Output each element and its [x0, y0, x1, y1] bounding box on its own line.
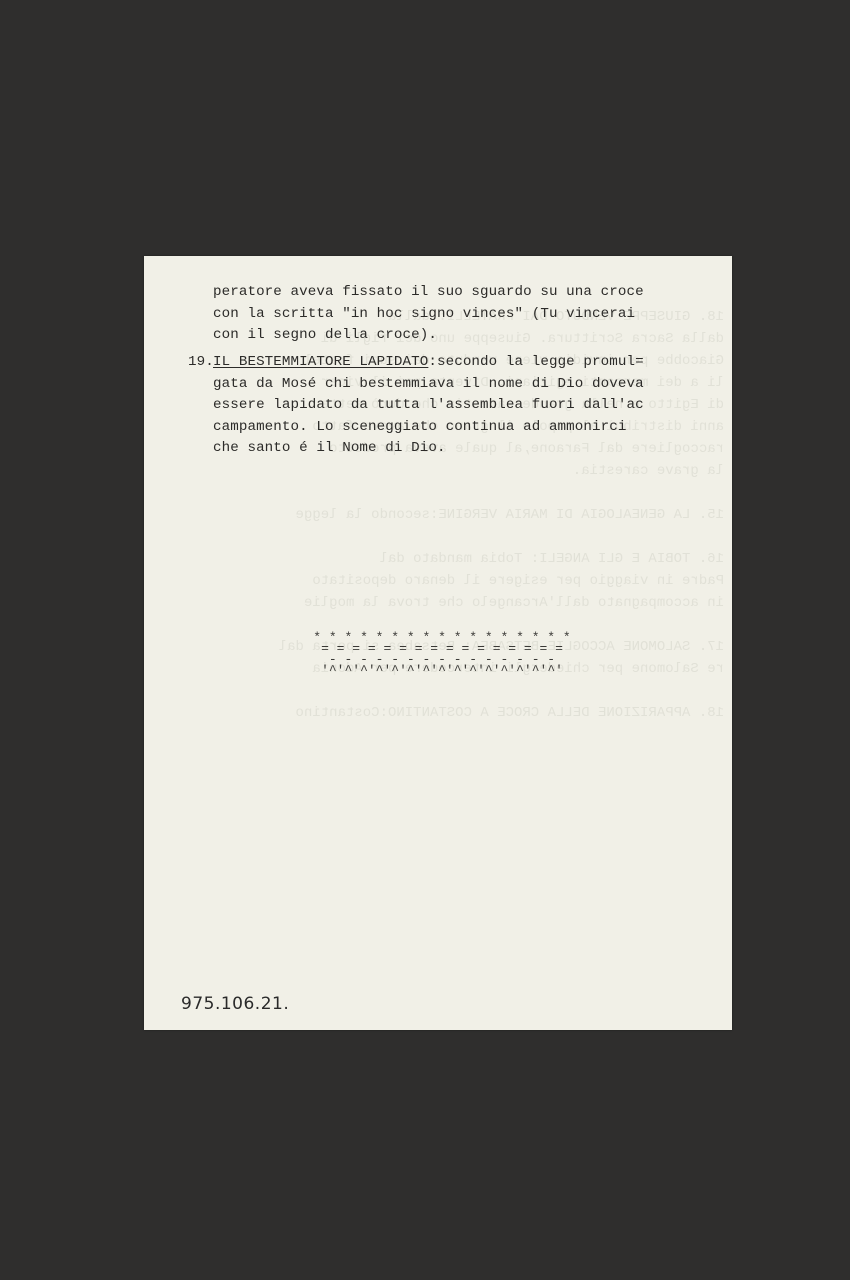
- item-line: campamento. Lo sceneggiato continua ad a…: [213, 419, 626, 435]
- item-line: che santo é il Nome di Dio.: [213, 440, 446, 456]
- document-page: 18. GIUSEPPE VENDUTO DAI FRATELLI: dalla…: [144, 256, 732, 1030]
- catalog-number: 975.106.21.: [181, 994, 289, 1014]
- ornament-row: '^'^'^'^'^'^'^'^'^'^'^'^'^'^'^': [321, 663, 563, 678]
- list-item-19: 19. IL BESTEMMIATORE LAPIDATO:secondo la…: [188, 352, 222, 438]
- item-number: 19.: [188, 352, 214, 374]
- item-title: IL BESTEMMIATORE LAPIDATO: [213, 354, 428, 370]
- intro-line: peratore aveva fissato il suo sguardo su…: [213, 284, 644, 300]
- intro-paragraph: peratore aveva fissato il suo sguardo su…: [213, 282, 644, 347]
- item-line: essere lapidato da tutta l'assemblea fuo…: [213, 397, 644, 413]
- typed-ornament-divider: * * * * * * * * * * * * * * * * * = = = …: [282, 632, 602, 676]
- intro-line: con il segno della croce).: [213, 327, 437, 343]
- item-first-line: :secondo la legge promul=: [428, 354, 643, 370]
- item-line: gata da Mosé chi bestemmiava il nome di …: [213, 376, 644, 392]
- intro-line: con la scritta "in hoc signo vinces" (Tu…: [213, 306, 635, 322]
- item-body: IL BESTEMMIATORE LAPIDATO:secondo la leg…: [213, 352, 644, 460]
